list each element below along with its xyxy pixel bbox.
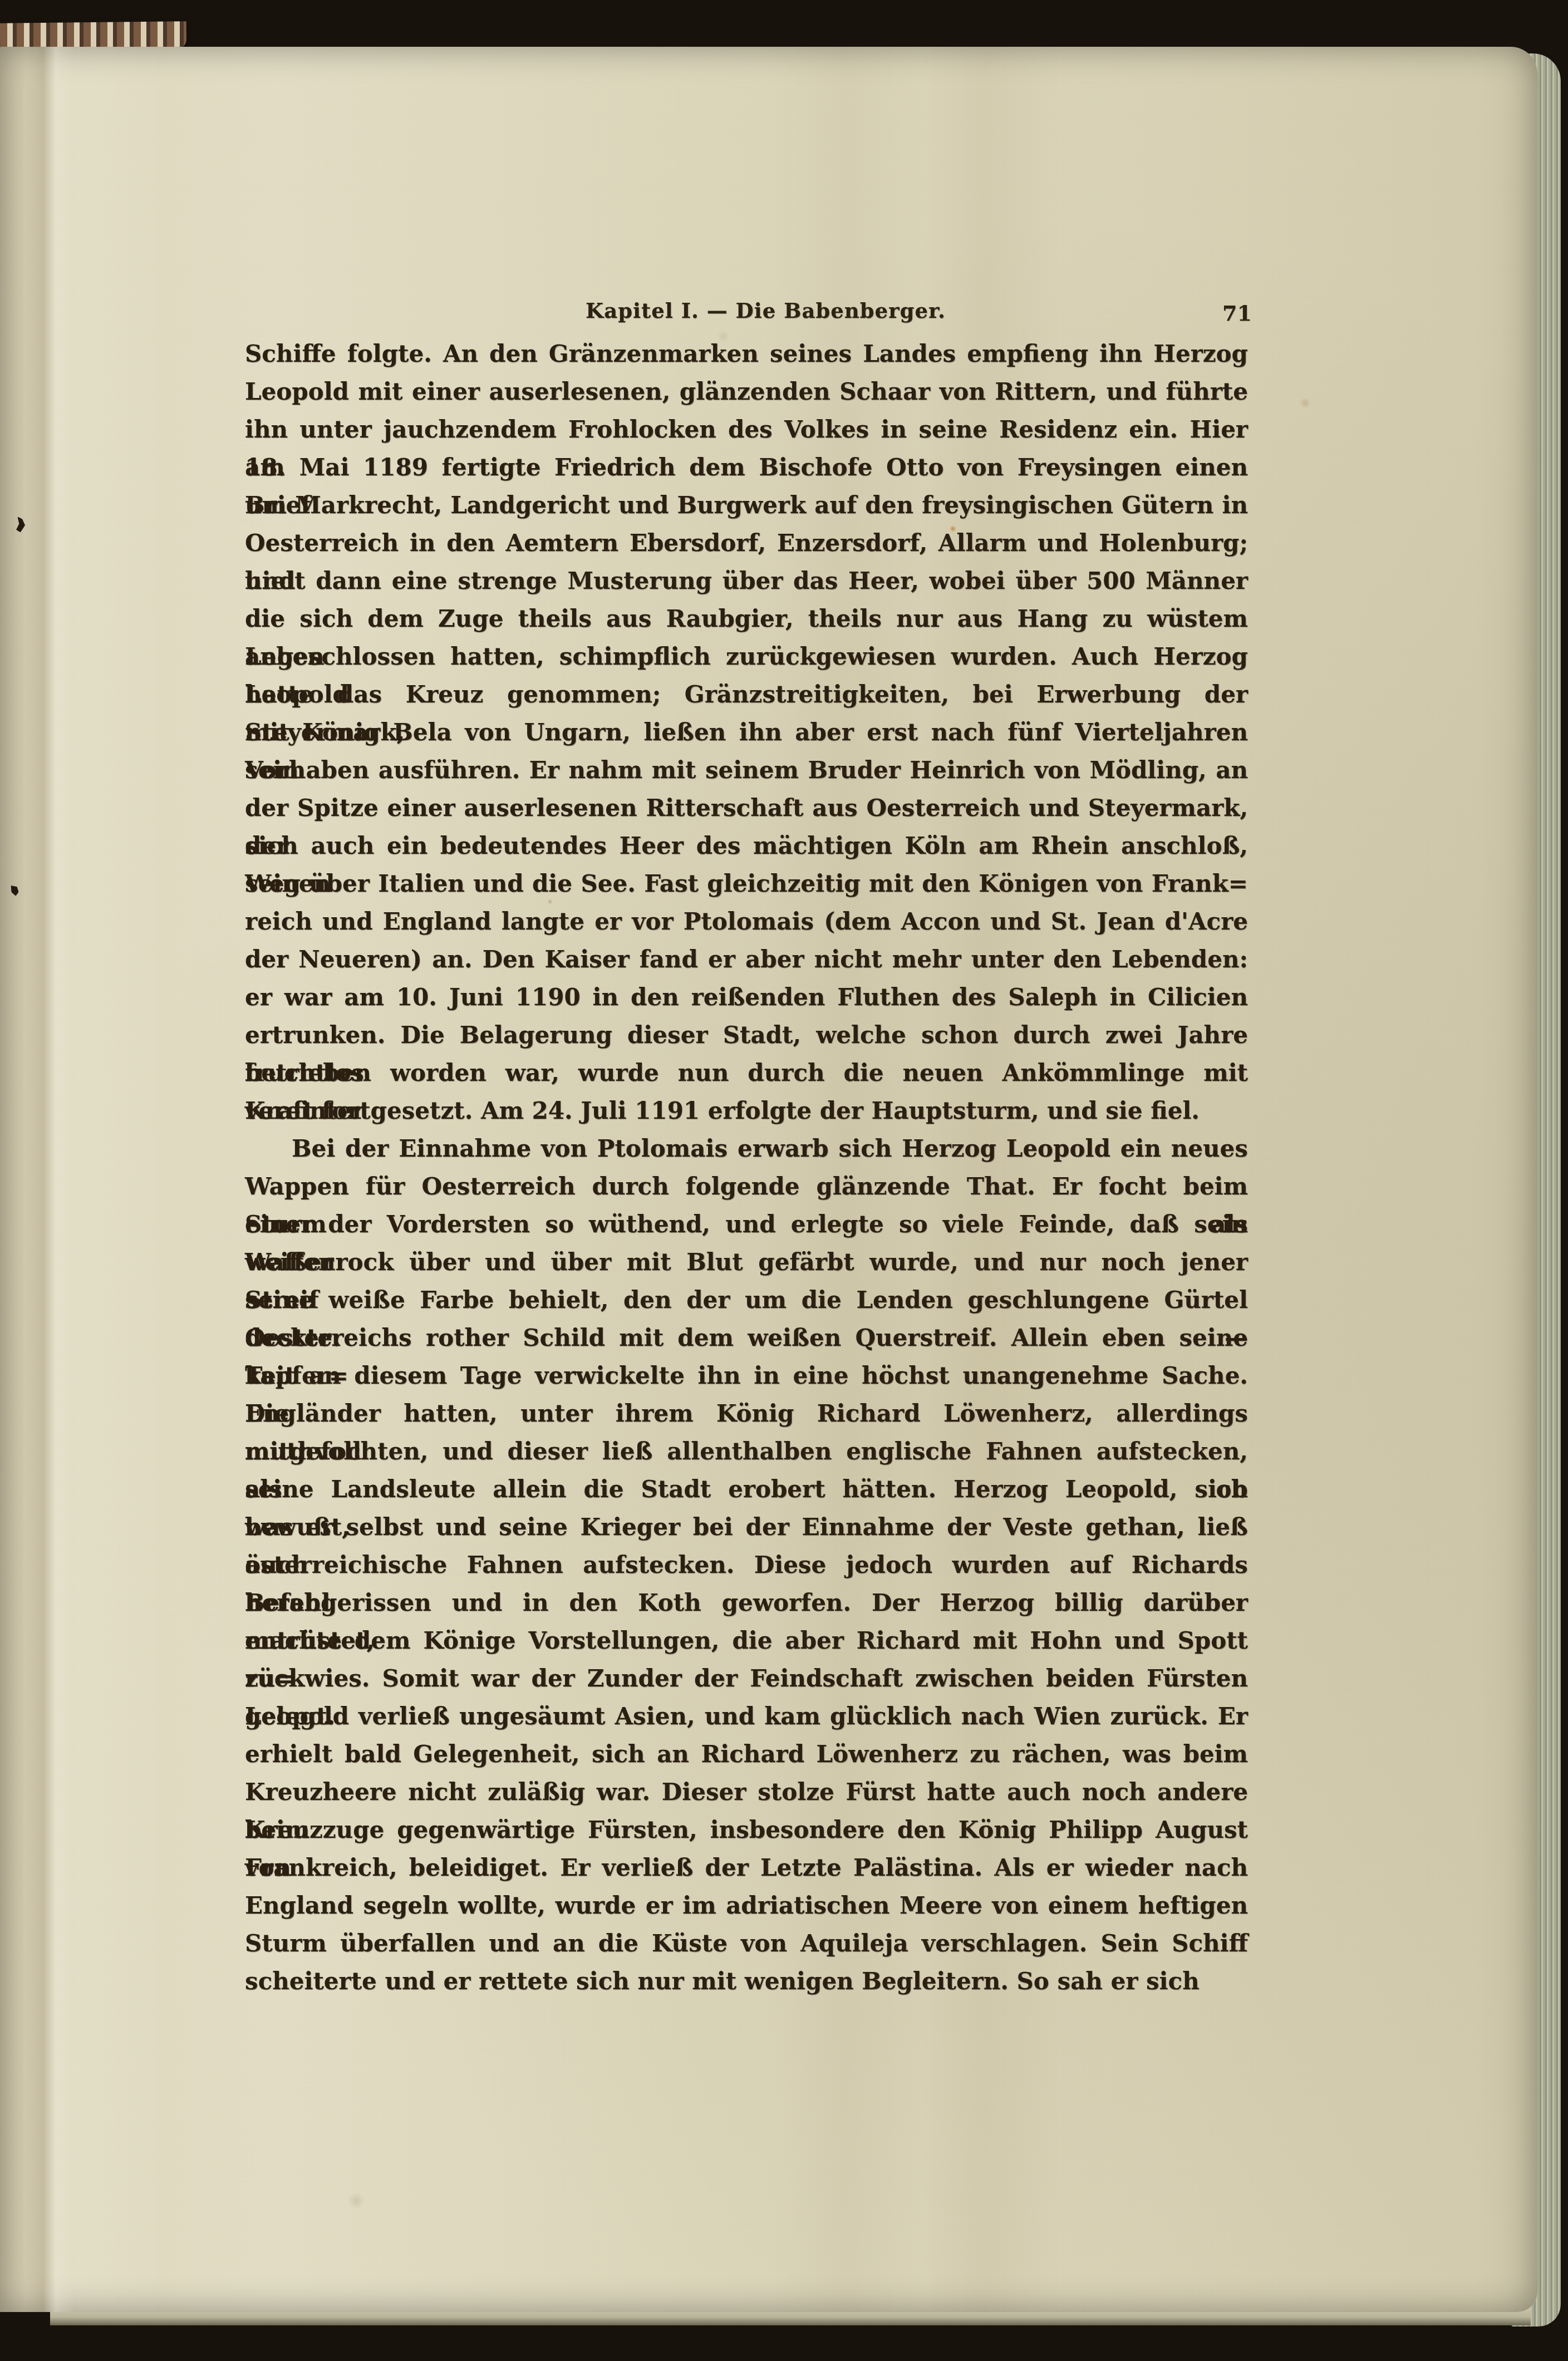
text-block: Schiffe folgte. An den Gränzenmarken sei…: [245, 335, 1248, 2000]
text-line: einer der Vordersten so wüthend, und erl…: [245, 1206, 1248, 1243]
text-line: Schiffe folgte. An den Gränzenmarken sei…: [245, 335, 1248, 373]
text-line: um Markrecht, Landgericht und Burgwerk a…: [245, 486, 1248, 524]
page-number: 71: [1222, 301, 1252, 326]
text-line: Waffenrock über und über mit Blut gefärb…: [245, 1243, 1248, 1281]
text-line: seine weiße Farbe behielt, den der um di…: [245, 1281, 1248, 1319]
text-line: Leopold verließ ungesäumt Asien, und kam…: [245, 1698, 1248, 1735]
text-line: hielt dann eine strenge Musterung über d…: [245, 562, 1248, 600]
text-line: er war am 10. Juni 1190 in den reißenden…: [245, 978, 1248, 1016]
text-line: keit an diesem Tage verwickelte ihn in e…: [245, 1357, 1248, 1395]
text-line: Oesterreich in den Aemtern Ebersdorf, En…: [245, 524, 1248, 562]
text-line: ihn unter jauchzendem Frohlocken des Vol…: [245, 411, 1248, 449]
text-line: England segeln wollte, wurde er im adria…: [245, 1887, 1248, 1925]
text-line: scheiterte und er rettete sich nur mit w…: [245, 1962, 1248, 2000]
text-line: Vorhaben ausführen. Er nahm mit seinem B…: [245, 751, 1248, 789]
text-line: Weg über Italien und die See. Fast gleic…: [245, 865, 1248, 903]
text-line: reich und England langte er vor Ptolomai…: [245, 903, 1248, 941]
text-line: Sturm überfallen und an die Küste von Aq…: [245, 1925, 1248, 1962]
text-line: Kreuzzuge gegenwärtige Fürsten, insbeson…: [245, 1811, 1248, 1849]
text-line: 18. Mai 1189 fertigte Friedrich dem Bisc…: [245, 449, 1248, 486]
text-line: erhielt bald Gelegenheit, sich an Richar…: [245, 1735, 1248, 1773]
text-line: der Spitze einer auserlesenen Ritterscha…: [245, 789, 1248, 827]
text-line: ertrunken. Die Belagerung dieser Stadt, …: [245, 1016, 1248, 1054]
text-line: seine Landsleute allein die Stadt erober…: [245, 1470, 1248, 1508]
text-line: rückwies. Somit war der Zunder der Feind…: [245, 1660, 1248, 1698]
running-head: Kapitel I. — Die Babenberger. 71: [0, 298, 1537, 329]
text-line: Kreuzheere nicht zuläßig war. Dieser sto…: [245, 1773, 1248, 1811]
text-line: Leopold mit einer auserlesenen, glänzend…: [245, 373, 1248, 411]
text-line: österreichische Fahnen aufstecken. Diese…: [245, 1546, 1248, 1584]
text-line: mit König Bela von Ungarn, ließen ihn ab…: [245, 714, 1248, 751]
text-line: Kraft fortgesetzt. Am 24. Juli 1191 erfo…: [245, 1092, 1248, 1130]
text-line: Oesterreichs rother Schild mit dem weiße…: [245, 1319, 1248, 1357]
scanned-book-photo: { "header": { "title": "Kapitel I. — Die…: [0, 0, 1568, 2361]
text-line: mitgefochten, und dieser ließ allenthalb…: [245, 1433, 1248, 1470]
text-line: sich auch ein bedeutendes Heer des mächt…: [245, 827, 1248, 865]
text-line: herabgerissen und in den Koth geworfen. …: [245, 1584, 1248, 1622]
text-line: machte dem Könige Vorstellungen, die abe…: [245, 1622, 1248, 1660]
text-line: angeschlossen hatten, schimpflich zurück…: [245, 638, 1248, 676]
text-line: Frankreich, beleidiget. Er verließ der L…: [245, 1849, 1248, 1887]
text-line: was er selbst und seine Krieger bei der …: [245, 1508, 1248, 1546]
text-line: hatte das Kreuz genommen; Gränzstreitigk…: [245, 676, 1248, 714]
text-line: Bei der Einnahme von Ptolomais erwarb si…: [245, 1130, 1248, 1168]
text-line: die sich dem Zuge theils aus Raubgier, t…: [245, 600, 1248, 638]
running-title: Kapitel I. — Die Babenberger.: [586, 298, 946, 323]
book-page: Kapitel I. — Die Babenberger. 71 Schiffe…: [0, 47, 1537, 2312]
text-line: Wappen für Oesterreich durch folgende gl…: [245, 1168, 1248, 1206]
text-line: der Neueren) an. Den Kaiser fand er aber…: [245, 941, 1248, 978]
text-line: Engländer hatten, unter ihrem König Rich…: [245, 1395, 1248, 1433]
text-line: betrieben worden war, wurde nun durch di…: [245, 1054, 1248, 1092]
